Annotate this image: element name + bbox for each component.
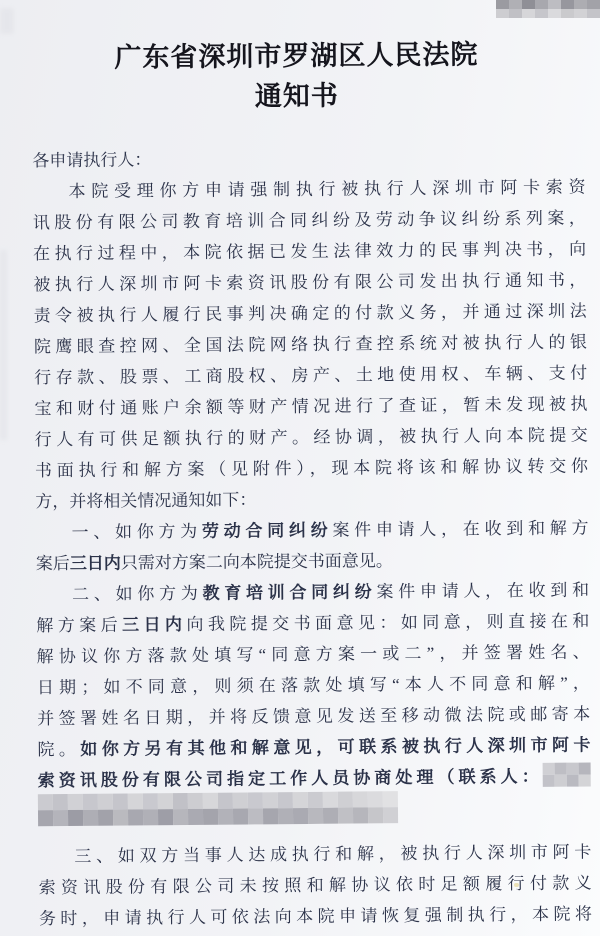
redaction-block	[158, 793, 173, 809]
redaction-block	[555, 775, 567, 787]
document-line: 各申请执行人：	[32, 140, 585, 176]
redaction-block	[293, 792, 308, 808]
body-text: 三、如双方当事人达成执行和解，被执行人深圳市阿卡	[74, 842, 591, 866]
body-text: 被执行人深圳市阿卡索资讯股份有限公司发出执行通知书，	[33, 270, 586, 294]
redaction-block	[353, 807, 368, 823]
redaction-block	[113, 794, 128, 810]
redaction-block	[368, 791, 383, 807]
body-text: 只需对方案二向本院提交书面意见。	[121, 551, 393, 572]
document-line: 在执行过程中，本院依据已发生法律效力的民事判决书，向	[33, 233, 586, 269]
body-text: 务时，申请执行人可依法向本院申请恢复强制执行，本院将	[39, 904, 592, 928]
body-text: 案件申请人，在收到和	[376, 580, 589, 601]
body-text: 向我院提交书面意见：如同意，则直接在和	[186, 611, 589, 634]
body-text: 行人有可供足额执行的财产。经协调，被执行人向本院提交	[35, 425, 588, 449]
redaction-block	[38, 794, 53, 810]
document-line: 解方案后三日内向我院提交书面意见：如同意，则直接在和	[36, 605, 589, 641]
document-line: 务时，申请执行人可依法向本院申请恢复强制执行，本院将	[39, 898, 592, 934]
redaction-block	[98, 794, 113, 810]
redaction-block	[555, 763, 567, 775]
redaction-block	[579, 763, 591, 775]
redaction-block	[233, 792, 248, 808]
emphasized-text: 教育培训合同纠纷	[202, 582, 376, 603]
redaction-block	[68, 794, 83, 810]
redaction-block	[173, 809, 188, 825]
redaction-block	[203, 809, 218, 825]
body-text: 院。	[37, 740, 80, 759]
document-line: 院鹰眼查控网、全国法院网络执行查控系统对被执行人的银	[34, 326, 587, 362]
redaction-block	[567, 763, 579, 775]
redacted-line	[38, 791, 591, 827]
redaction-block	[113, 810, 128, 826]
body-text: 院鹰眼查控网、全国法院网络执行查控系统对被执行人的银	[34, 332, 587, 356]
redaction-block	[68, 810, 83, 826]
document-line: 索资讯股份有限公司未按照和解协议依时足额履行付款义	[39, 867, 592, 903]
redaction-block	[203, 793, 218, 809]
redaction-block	[263, 792, 278, 808]
document-line: 行存款、股票、工商股权、房产、土地使用权、车辆、支付	[34, 357, 587, 393]
redaction-block	[383, 791, 398, 807]
emphasized-text: 如你方另有其他和解意见，可联系被执行人深圳市阿卡	[80, 735, 590, 758]
emphasized-text: 三日内	[70, 554, 121, 573]
document-line: 书面执行和解方案（见附件），现本院将该和解协议转交你	[35, 450, 588, 486]
court-name-title: 广东省深圳市罗湖区人民法院	[0, 33, 597, 78]
document-line: 行人有可供足额执行的财产。经协调，被执行人向本院提交	[35, 419, 588, 455]
notice-document: 广东省深圳市罗湖区人民法院 通知书 各申请执行人：本院受理你方申请强制执行被执行…	[0, 0, 600, 936]
body-text: 各申请执行人：	[32, 150, 151, 170]
redaction-block	[353, 791, 368, 807]
redaction-block	[143, 793, 158, 809]
body-text: 日期；如不同意，则须在落款处填写“本人不同意和解”，	[37, 673, 590, 697]
redaction-block	[143, 809, 158, 825]
redaction-block	[278, 808, 293, 824]
redaction-block	[263, 808, 278, 824]
redaction-block	[293, 808, 308, 824]
redaction-block	[338, 808, 353, 824]
scanned-notice-page: 广东省深圳市罗湖区人民法院 通知书 各申请执行人：本院受理你方申请强制执行被执行…	[0, 0, 600, 936]
redaction-block	[53, 794, 68, 810]
redaction-block	[188, 793, 203, 809]
body-text: 宝和财付通账户余额等财产情况进行了查证，暂未发现被执	[34, 394, 587, 418]
body-text: 一、如你方为	[71, 522, 202, 542]
redaction-block	[308, 808, 323, 824]
document-body: 各申请执行人：本院受理你方申请强制执行被执行人深圳市阿卡索资讯股份有限公司教育培…	[32, 140, 592, 934]
body-text: 二、如你方为	[72, 584, 203, 604]
redaction-block	[383, 807, 398, 823]
body-text: 并签署姓名日期，并将反馈意见发送至移动微法院或邮寄本	[37, 704, 590, 728]
body-text: 讯股份有限公司教育培训合同纠纷及劳动争议纠纷系列案，	[33, 208, 586, 232]
body-text: 解方案后	[36, 616, 122, 636]
redaction-block	[567, 775, 579, 787]
document-line: 讯股份有限公司教育培训合同纠纷及劳动争议纠纷系列案，	[33, 202, 586, 238]
document-line: 本院受理你方申请强制执行被执行人深圳市阿卡索资	[32, 171, 585, 207]
redaction-mosaic-contact_line	[38, 791, 398, 826]
redaction-mosaic-contact_inline	[543, 763, 591, 787]
body-text: 本院受理你方申请强制执行被执行人深圳市阿卡索资	[68, 177, 585, 201]
redaction-block	[338, 792, 353, 808]
body-text: 解协议你方落款处填写“同意方案一或二”，并签署姓名、	[37, 642, 590, 666]
redaction-block	[278, 792, 293, 808]
redaction-block	[158, 809, 173, 825]
document-line: 案后三日内只需对方案二向本院提交书面意见。	[36, 543, 589, 579]
document-line: 方，并将相关情况通知如下：	[35, 481, 588, 517]
redaction-block	[38, 810, 53, 826]
redaction-block	[308, 792, 323, 808]
redaction-block	[323, 792, 338, 808]
redaction-block	[248, 792, 263, 808]
body-text: 案件申请人，在收到和解方	[332, 518, 588, 539]
emphasized-text: 三日内	[122, 615, 186, 635]
emphasized-text: 索资讯股份有限公司指定工作人员协商处理（联系人：	[38, 767, 543, 790]
document-line: 日期；如不同意，则须在落款处填写“本人不同意和解”，	[37, 667, 590, 703]
body-text: 书面执行和解方案（见附件），现本院将该和解协议转交你	[35, 456, 588, 480]
redaction-block	[218, 809, 233, 825]
redaction-block	[173, 793, 188, 809]
redaction-block	[188, 809, 203, 825]
redaction-block	[323, 808, 338, 824]
document-line: 三、如双方当事人达成执行和解，被执行人深圳市阿卡	[38, 836, 591, 872]
body-text: 案后	[36, 554, 70, 573]
document-line: 解协议你方落款处填写“同意方案一或二”，并签署姓名、	[37, 636, 590, 672]
body-text: 在执行过程中，本院依据已发生法律效力的民事判决书，向	[33, 239, 586, 263]
redaction-block	[128, 809, 143, 825]
document-line: 院。如你方另有其他和解意见，可联系被执行人深圳市阿卡	[37, 729, 590, 765]
redaction-block	[98, 810, 113, 826]
document-header: 广东省深圳市罗湖区人民法院 通知书	[0, 33, 597, 118]
redaction-block	[83, 794, 98, 810]
body-text: 行存款、股票、工商股权、房产、土地使用权、车辆、支付	[34, 363, 587, 387]
document-line: 责令被执行人履行民事判决确定的付款义务，并通过深圳法	[34, 295, 587, 331]
redaction-block	[233, 808, 248, 824]
document-line: 被执行人深圳市阿卡索资讯股份有限公司发出执行通知书，	[33, 264, 586, 300]
body-text: 责令被执行人履行民事判决确定的付款义务，并通过深圳法	[34, 301, 587, 325]
document-line: 二、如你方为教育培训合同纠纷案件申请人，在收到和	[36, 574, 589, 610]
redaction-block	[368, 807, 383, 823]
redaction-block	[543, 763, 555, 775]
redaction-block	[53, 810, 68, 826]
redaction-block	[218, 793, 233, 809]
document-line: 宝和财付通账户余额等财产情况进行了查证，暂未发现被执	[34, 388, 587, 424]
notice-type-title: 通知书	[0, 73, 597, 118]
redaction-block	[248, 808, 263, 824]
redaction-block	[83, 810, 98, 826]
redaction-block	[579, 775, 591, 787]
body-text: 索资讯股份有限公司未按照和解协议依时足额履行付款义	[39, 873, 592, 897]
redaction-block	[543, 775, 555, 787]
document-line: 一、如你方为劳动合同纠纷案件申请人，在收到和解方	[35, 512, 588, 548]
body-text: 方，并将相关情况通知如下：	[35, 490, 256, 511]
document-line: 并签署姓名日期，并将反馈意见发送至移动微法院或邮寄本	[37, 698, 590, 734]
redaction-block	[128, 793, 143, 809]
emphasized-text: 劳动合同纠纷	[202, 521, 333, 541]
